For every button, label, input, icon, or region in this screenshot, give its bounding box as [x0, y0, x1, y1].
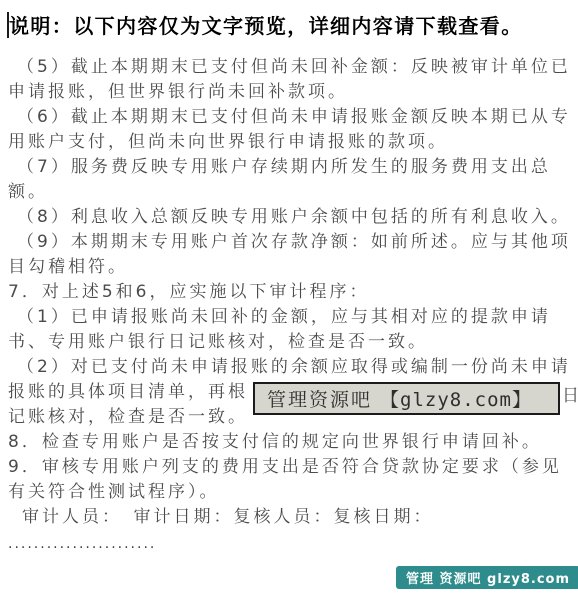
obscured-character: 日 [562, 384, 578, 409]
text-line: （8）利息收入总额反映专用账户余额中包括的所有利息收入。 [0, 205, 578, 230]
document-preview-page: 说明：以下内容仅为文字预览，详细内容请下载查看。 （5）截止本期期末已支付但尚未… [0, 0, 578, 600]
site-badge-link[interactable]: 管理 资源吧 glzy8.com [396, 566, 578, 589]
text-line: 7．对上述5和6，应实施以下审计程序： [0, 280, 578, 305]
text-line: （2）对已支付尚未申请报账的余额应取得或编制一份尚未申请 [0, 355, 578, 380]
text-line: 目勾稽相符。 [0, 255, 578, 280]
signature-line: 审计人员： 审计日期：复核人员：复核日期： [0, 505, 578, 530]
watermark-box: 管理资源吧 【glzy8.com】 [253, 382, 560, 415]
text-line: （5）截止本期期末已支付但尚未回补金额：反映被审计单位已 [0, 55, 578, 80]
text-line: 8．检查专用账户是否按支付信的规定向世界银行申请回补。 [0, 430, 578, 455]
text-line: 有关符合性测试程序）。 [0, 480, 578, 505]
ellipsis-line: ······················· [0, 536, 578, 561]
text-cursor [7, 12, 9, 38]
text-line: 额。 [0, 180, 578, 205]
document-body: （5）截止本期期末已支付但尚未回补金额：反映被审计单位已 申请报账，但世界银行尚… [0, 55, 578, 561]
watermark-site-name: 管理资源吧 [267, 385, 372, 412]
text-line: 9．审核专用账户列支的费用支出是否符合贷款协定要求（参见 [0, 455, 578, 480]
text-line: （7）服务费反映专用账户存续期内所发生的服务费用支出总 [0, 155, 578, 180]
text-line: （9）本期期末专用账户首次存款净额：如前所述。应与其他项 [0, 230, 578, 255]
text-line: 申请报账，但世界银行尚未回补款项。 [0, 80, 578, 105]
text-line: （6）截止本期期末已支付但尚未申请报账金额反映本期已从专 [0, 105, 578, 130]
watermark-site-url: 【glzy8.com】 [380, 385, 532, 412]
text-line: （1）已申请报账尚未回补的金额，应与其相对应的提款申请 [0, 305, 578, 330]
text-line: 书、专用账户银行日记账核对，检查是否一致。 [0, 330, 578, 355]
preview-notice: 说明：以下内容仅为文字预览，详细内容请下载查看。 [0, 12, 578, 40]
text-line: 用账户支付，但尚未向世界银行申请报账的款项。 [0, 130, 578, 155]
